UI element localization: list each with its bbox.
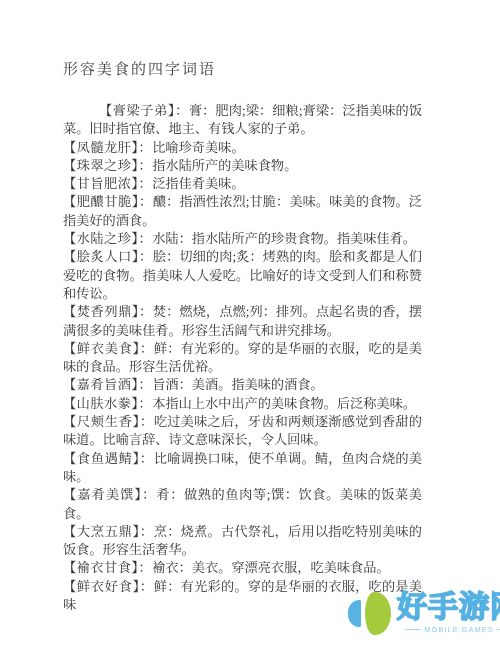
tagline-left-rule	[405, 629, 421, 630]
entry-paragraph: 【褕衣甘食】：褕衣：美衣。穿漂亮衣服，吃美味食品。	[63, 559, 422, 577]
logo-sitename: 好手游网	[397, 593, 500, 623]
document-page: 形容美食的四字词语 【膏梁子弟】：膏：肥肉;梁：细粮;膏梁：泛指美味的饭菜。旧时…	[0, 0, 500, 647]
entry-paragraph: 【嘉肴旨酒】：旨酒：美酒。指美味的酒食。	[63, 376, 422, 394]
entry-paragraph: 【水陆之珍】：水陆：指水陆所产的珍贵食物。指美味佳肴。	[63, 230, 422, 248]
entry-paragraph: 【嘉肴美馔】：肴：做熟的鱼肉等;馔：饮食。美味的饭菜美食。	[63, 486, 422, 523]
entry-paragraph: 【膏梁子弟】：膏：肥肉;梁：细粮;膏梁：泛指美味的饭菜。旧时指官僚、地主、有钱人…	[63, 102, 422, 139]
entry-term: 【嘉肴美馔】：	[63, 487, 156, 502]
entry-paragraph: 【尺颊生香】：吃过美味之后，牙齿和两颊逐渐感觉到香甜的味道。比喻言辞、诗文意味深…	[63, 413, 422, 450]
entry-paragraph: 【大烹五鼎】：烹：烧煮。古代祭礼，后用以指吃特别美味的饭食。形容生活奢华。	[63, 523, 422, 560]
entry-paragraph: 【鲜衣美食】：鲜：有光彩的。穿的是华丽的衣服，吃的是美味的食品。形容生活优裕。	[63, 340, 422, 377]
entry-term: 【山肤水豢】：	[63, 396, 152, 411]
entry-paragraph: 【珠翠之珍】：指水陆所产的美味食物。	[63, 157, 422, 175]
entry-term: 【嘉肴旨酒】：	[63, 377, 152, 392]
entry-term: 【褕衣甘食】：	[63, 560, 152, 575]
tagline-text: MOBILE GAMES	[424, 625, 494, 634]
logo-green-shape-icon	[365, 592, 391, 635]
entry-term: 【甘旨肥浓】：	[63, 176, 152, 191]
entry-definition: 水陆：指水陆所产的珍贵食物。指美味佳肴。	[152, 231, 416, 246]
entry-definition: 泛指佳肴美味。	[152, 176, 244, 191]
entry-term: 【食鱼遇鲭】：	[63, 451, 154, 466]
entry-definition: 旨酒：美酒。指美味的酒食。	[152, 377, 323, 392]
entry-paragraph: 【甘旨肥浓】：泛指佳肴美味。	[63, 175, 422, 193]
site-watermark: 好手游网 MOBILE GAMES	[348, 591, 500, 635]
entry-term: 【肥醲甘脆】：	[63, 194, 153, 209]
entry-term: 【膏梁子弟】：	[99, 103, 189, 118]
entry-definition: 褕衣：美衣。穿漂亮衣服，吃美味食品。	[152, 560, 389, 575]
page-title: 形容美食的四字词语	[63, 58, 422, 79]
entry-paragraph: 【凤髓龙肝】：比喻珍奇美味。	[63, 139, 422, 157]
entry-definition: 本指山上水中出产的美味食物。后泛称美味。	[152, 396, 416, 411]
entry-paragraph: 【焚香列鼎】：焚：燃烧，点燃;列：排列。点起名贵的香，摆满很多的美味佳肴。形容生…	[63, 303, 422, 340]
entry-term: 【珠翠之珍】：	[63, 158, 152, 173]
entry-term: 【凤髓龙肝】：	[63, 140, 152, 155]
logo-blue-shape-icon	[348, 600, 361, 627]
entry-term: 【水陆之珍】：	[63, 231, 152, 246]
entry-paragraph: 【山肤水豢】：本指山上水中出产的美味食物。后泛称美味。	[63, 395, 422, 413]
mobile-games-logo-icon	[348, 591, 391, 635]
entry-term: 【鲜衣美食】：	[63, 341, 154, 356]
entry-term: 【脍炙人口】：	[63, 249, 153, 264]
entry-term: 【鲜衣好食】：	[63, 579, 154, 594]
entry-paragraph: 【脍炙人口】：脍：切细的肉;炙：烤熟的肉。脍和炙都是人们爱吃的食物。指美味人人爱…	[63, 248, 422, 303]
entry-definition: 比喻珍奇美味。	[152, 140, 244, 155]
entry-definition: 指水陆所产的美味食物。	[152, 158, 297, 173]
logo-text-block: 好手游网 MOBILE GAMES	[397, 593, 500, 634]
entry-paragraph: 【肥醲甘脆】：醲：指酒性浓烈;甘脆：美味。味美的食物。泛指美好的酒食。	[63, 193, 422, 230]
entry-term: 【焚香列鼎】：	[63, 304, 153, 319]
entry-paragraph: 【食鱼遇鲭】：比喻调换口味，使不单调。鲭，鱼肉合烧的美味。	[63, 450, 422, 487]
logo-tagline: MOBILE GAMES	[405, 625, 500, 634]
entry-term: 【尺颊生香】：	[63, 414, 154, 429]
document-content: 形容美食的四字词语 【膏梁子弟】：膏：肥肉;梁：细粮;膏梁：泛指美味的饭菜。旧时…	[63, 58, 422, 614]
entry-term: 【大烹五鼎】：	[63, 524, 154, 539]
